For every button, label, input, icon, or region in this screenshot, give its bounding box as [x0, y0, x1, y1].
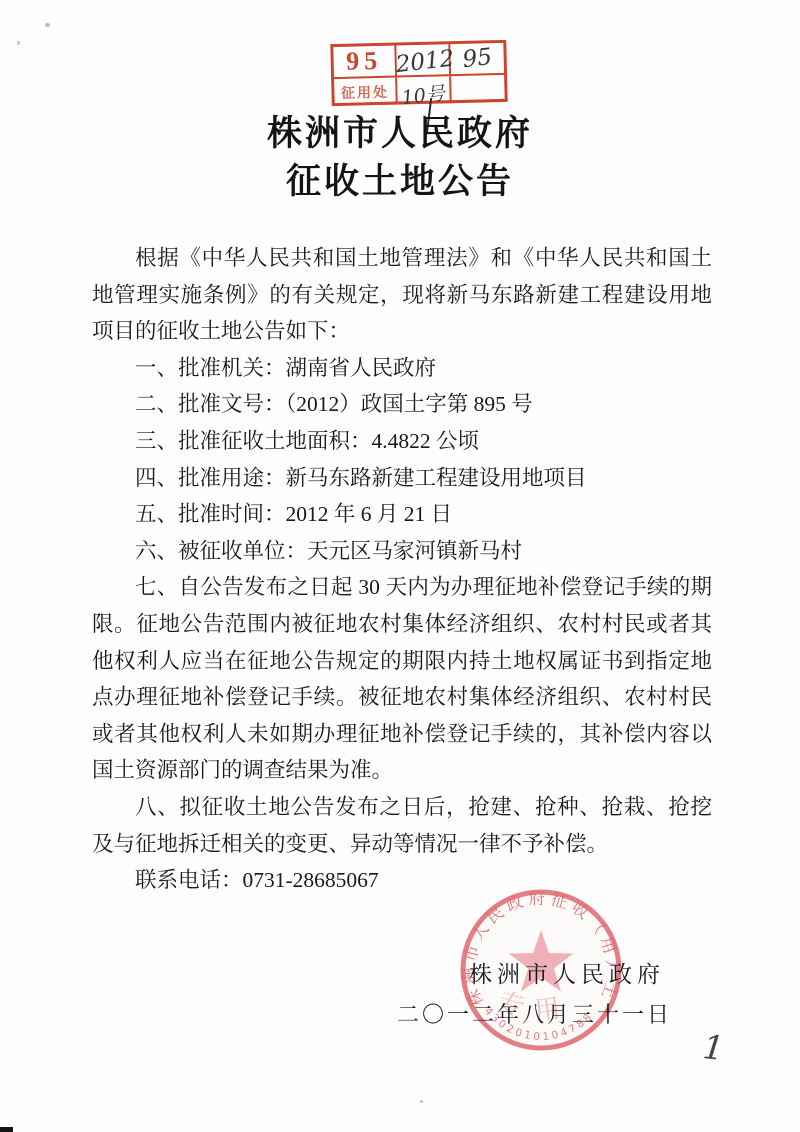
item-expropriated-unit: 六、被征收单位：天元区马家河镇新马村	[92, 533, 712, 570]
item-approval-doc-no: 二、批准文号：（2012）政国土字第 895 号	[92, 386, 712, 423]
title-line-authority: 株洲市人民政府	[0, 110, 800, 158]
registry-stamp-row-bottom: 征用处 10号	[334, 73, 505, 106]
handwriting-year: 2012	[394, 46, 455, 78]
announcement-body: 根据《中华人民共和国土地管理法》和《中华人民共和国土地管理实施条例》的有关规定，…	[92, 240, 712, 899]
scan-speck	[45, 23, 50, 27]
scanned-document-page: 95 2012 95 征用处 10号 株洲市人民政府 征收土地公告 根据《中华人…	[0, 0, 800, 1132]
handwriting-number: 95	[461, 44, 493, 73]
paragraph-intro: 根据《中华人民共和国土地管理法》和《中华人民共和国土地管理实施条例》的有关规定，…	[92, 240, 712, 350]
stamp-year-handwritten: 2012	[394, 44, 449, 75]
item-land-area: 三、批准征收土地面积：4.4822 公顷	[92, 423, 712, 460]
stamp-department-label: 征用处	[334, 78, 396, 106]
item-approving-agency: 一、批准机关：湖南省人民政府	[92, 350, 712, 387]
item-approval-date: 五、批准时间：2012 年 6 月 21 日	[92, 496, 712, 533]
paragraph-no-compensation: 八、拟征收土地公告发布之日后，抢建、抢种、抢栽、抢挖及与征地拆迁相关的变更、异动…	[92, 789, 712, 862]
stamp-number-printed: 95	[333, 46, 395, 77]
document-title: 株洲市人民政府 征收土地公告	[0, 110, 800, 206]
registry-stamp-box: 95 2012 95 征用处 10号	[330, 40, 507, 106]
stamp-issue-handwritten: 10号	[395, 76, 450, 104]
scan-speck	[420, 1100, 423, 1103]
item-approved-use: 四、批准用途：新马东路新建工程建设用地项目	[92, 460, 712, 497]
paragraph-registration: 七、自公告发布之日起 30 天内为办理征地补偿登记手续的期限。征地公告范围内被征…	[92, 569, 712, 789]
scan-edge-mark	[0, 1127, 13, 1132]
official-seal: 株洲市人民政府征收（用）土地公告 专用章 4302010104788	[452, 882, 630, 1058]
scan-speck	[17, 41, 20, 45]
handwriting-issue-number: 10号	[401, 79, 447, 111]
handwritten-page-mark: 1	[701, 1027, 726, 1068]
title-line-notice-type: 征收土地公告	[0, 158, 800, 206]
registry-stamp-row-top: 95 2012 95	[333, 43, 504, 77]
stamp-number-handwritten: 95	[448, 43, 504, 74]
stamp-empty-cell	[449, 75, 505, 103]
